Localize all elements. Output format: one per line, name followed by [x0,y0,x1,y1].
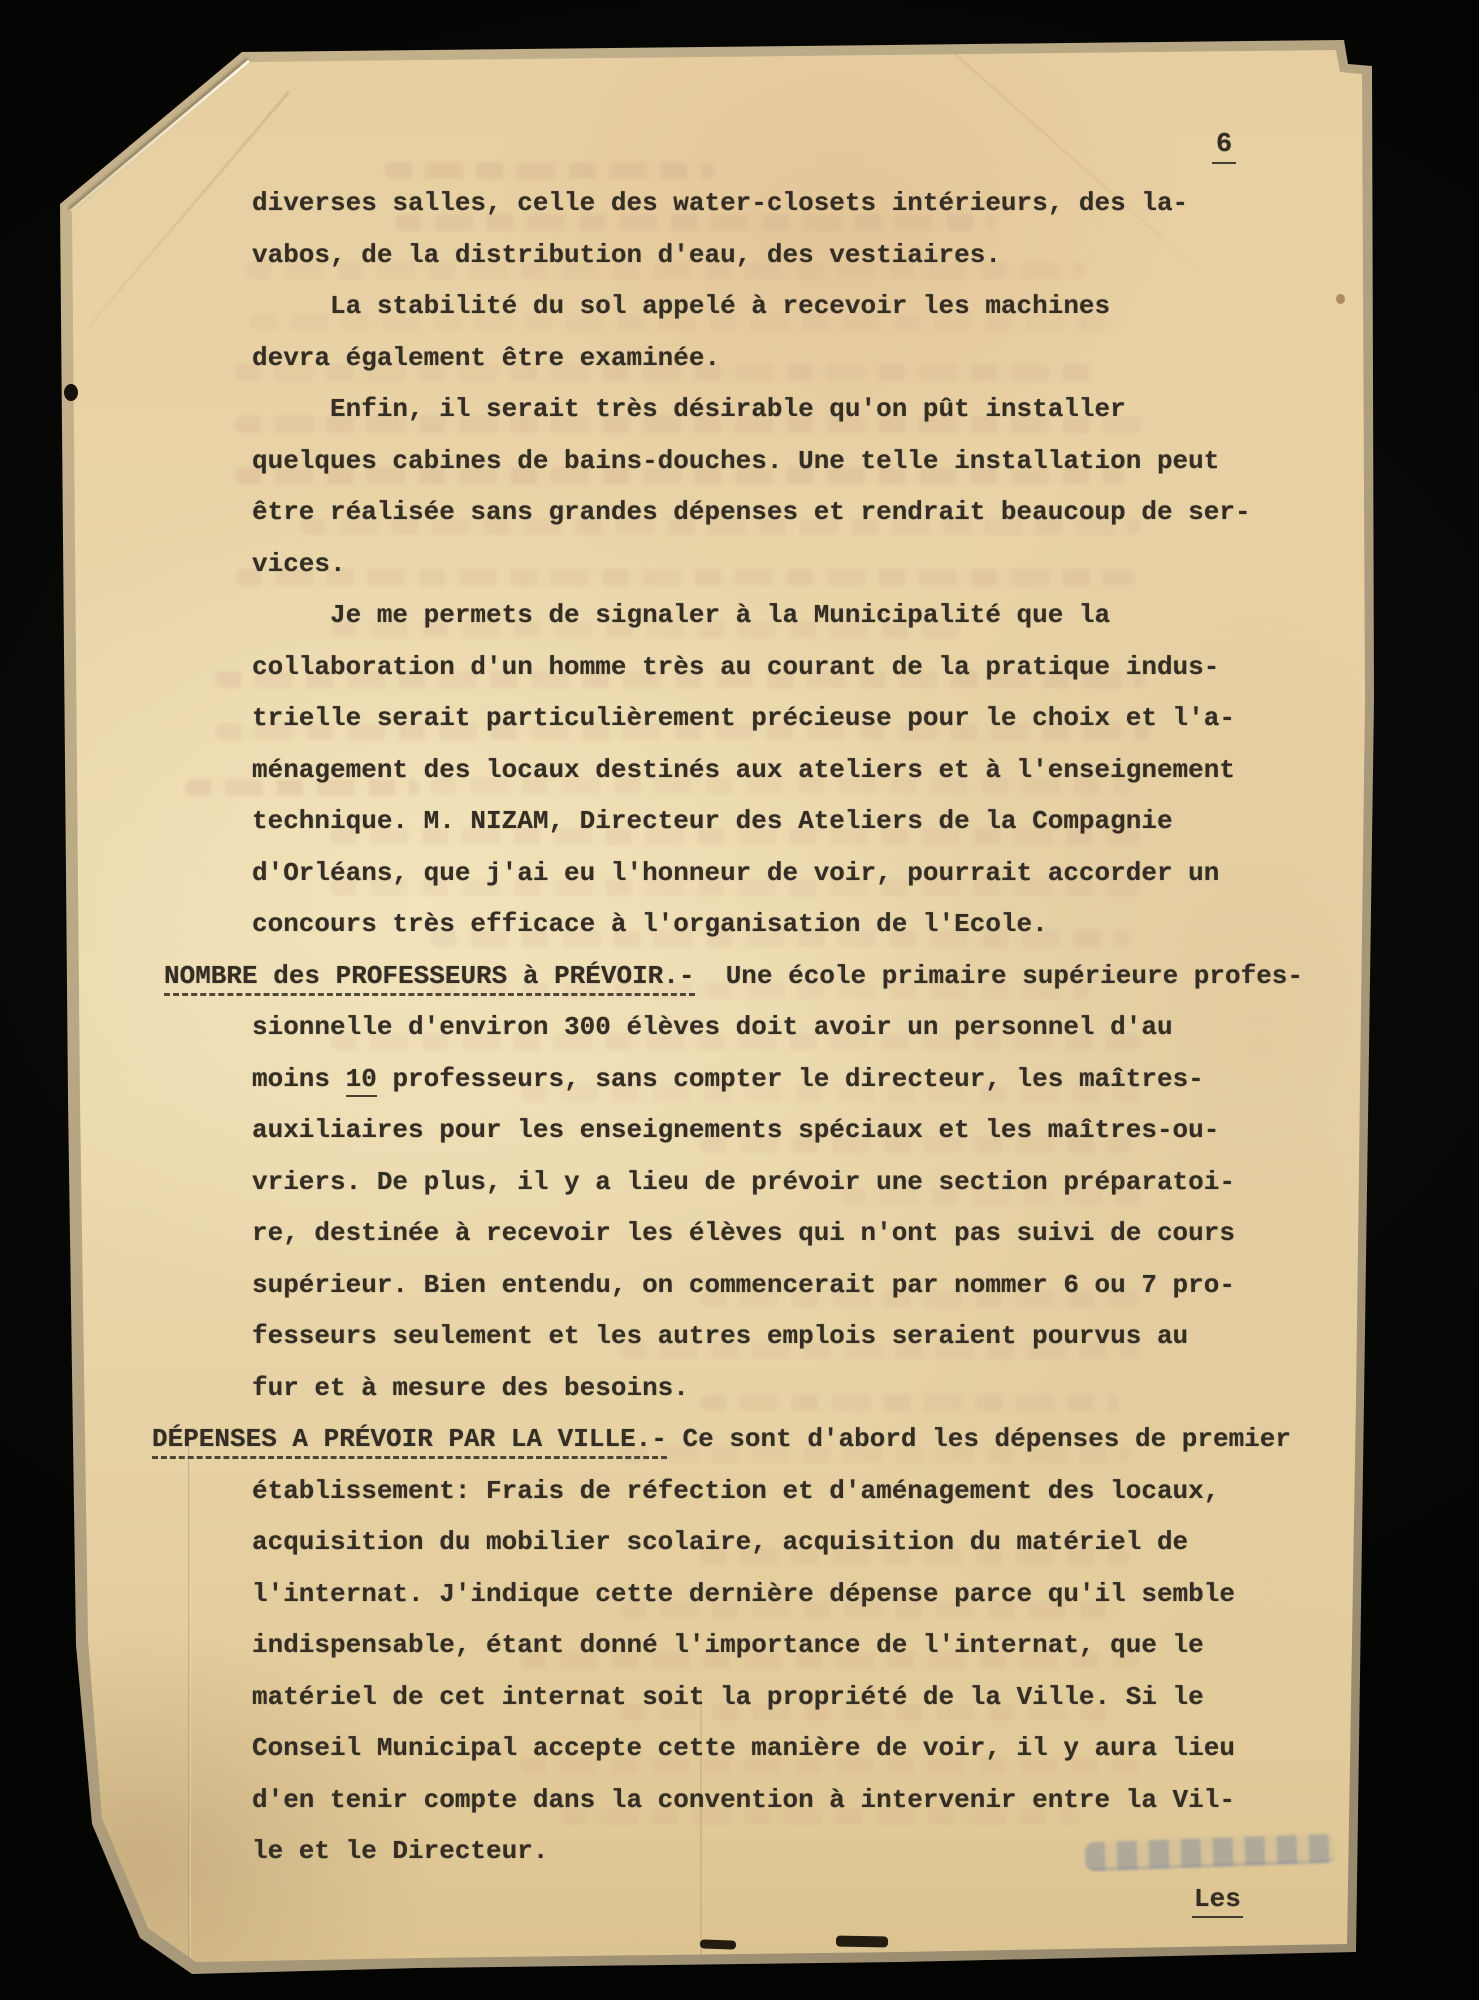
text-line: devra également être examinée. [252,343,1412,395]
text-line: diverses salles, celle des water-closets… [252,188,1412,240]
text-line: DÉPENSES A PRÉVOIR PAR LA VILLE.- Ce son… [152,1424,1412,1476]
text-line: être réalisée sans grandes dépenses et r… [252,497,1412,549]
text-line: Je me permets de signaler à la Municipal… [252,600,1412,652]
text-line: Enfin, il serait très désirable qu'on pû… [252,394,1412,446]
photo-background: 6 diverses salles, celle des water-close… [0,0,1479,2000]
typed-text: diverses salles, celle des water-closets… [252,188,1412,1888]
text-line: fesseurs seulement et les autres emplois… [252,1321,1412,1373]
text-line: indispensable, étant donné l'importance … [252,1630,1412,1682]
paper-fold-mark [836,1936,888,1948]
ghost-line [385,162,715,179]
text-line: concours très efficace à l'organisation … [252,909,1412,961]
text-line: NOMBRE des PROFESSEURS à PRÉVOIR.- Une é… [164,961,1412,1013]
paper-edge-hole [64,384,78,401]
paper-crease [188,1440,191,1962]
text-line: re, destinée à recevoir les élèves qui n… [252,1218,1412,1270]
text-line: fur et à mesure des besoins. [252,1373,1412,1425]
text-line: auxiliaires pour les enseignements spéci… [252,1115,1412,1167]
text-line: l'internat. J'indique cette dernière dép… [252,1579,1412,1631]
text-line: technique. M. NIZAM, Directeur des Ateli… [252,806,1412,858]
text-line: d'Orléans, que j'ai eu l'honneur de voir… [252,858,1412,910]
text-line: vriers. De plus, il y a lieu de prévoir … [252,1167,1412,1219]
catchword: Les [1192,1884,1243,1918]
text-line: collaboration d'un homme très au courant… [252,652,1412,704]
text-line: établissement: Frais de réfection et d'a… [252,1476,1412,1528]
text-line: moins 10 professeurs, sans compter le di… [252,1064,1412,1116]
text-line: ménagement des locaux destinés aux ateli… [252,755,1412,807]
text-line: le et le Directeur. [252,1836,1412,1888]
text-line: quelques cabines de bains-douches. Une t… [252,446,1412,498]
text-line: acquisition du mobilier scolaire, acquis… [252,1527,1412,1579]
text-line: vices. [252,549,1412,601]
text-line: d'en tenir compte dans la convention à i… [252,1785,1412,1837]
paper-fold-mark [700,1939,736,1949]
text-line: trielle serait particulièrement précieus… [252,703,1412,755]
document-page: 6 diverses salles, celle des water-close… [0,0,1479,2000]
text-line: supérieur. Bien entendu, on commencerait… [252,1270,1412,1322]
ink-spot [1336,294,1345,304]
page-number: 6 [1212,130,1236,164]
text-line: La stabilité du sol appelé à recevoir le… [252,291,1412,343]
text-line: sionnelle d'environ 300 élèves doit avoi… [252,1012,1412,1064]
text-line: matériel de cet internat soit la proprié… [252,1682,1412,1734]
text-line: Conseil Municipal accepte cette manière … [252,1733,1412,1785]
text-line: vabos, de la distribution d'eau, des ves… [252,240,1412,292]
